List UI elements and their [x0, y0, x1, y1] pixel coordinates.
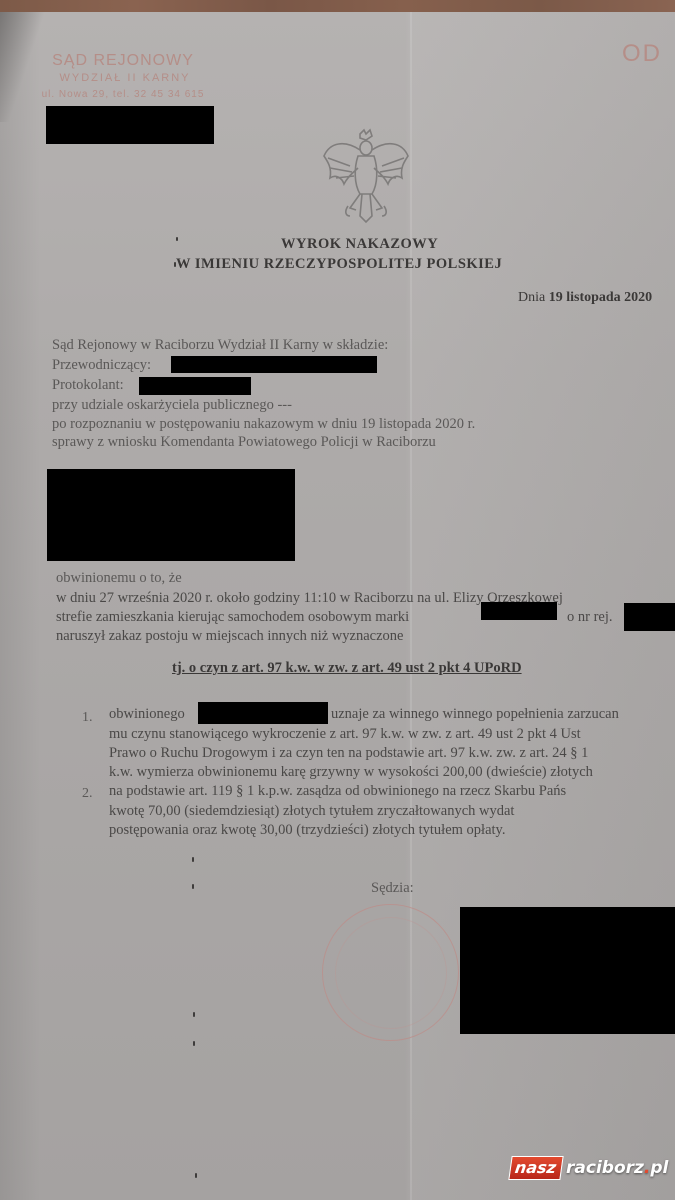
ruling-text: obwinionego [109, 706, 185, 723]
date-value: 19 listopada 2020 [549, 290, 652, 305]
court-composition: Sąd Rejonowy w Raciborzu Wydział II Karn… [52, 337, 388, 354]
punch-mark [192, 884, 194, 889]
ruling-text: na podstawie art. 119 § 1 k.p.w. zasądza… [109, 783, 566, 800]
redaction-car-make [481, 602, 557, 620]
watermark-site: raciborz.pl [566, 1158, 668, 1178]
proceeding-line: po rozpoznaniu w postępowaniu nakazowym … [52, 416, 475, 433]
punch-mark [193, 1012, 195, 1017]
judge-label: Sędzia: [371, 880, 414, 897]
polish-eagle-emblem-icon [320, 128, 410, 228]
punch-mark [192, 857, 194, 862]
document-title: WYROK NAKAZOWY [281, 236, 438, 253]
punch-mark [195, 1173, 197, 1178]
stamp-corner-mark: OD [622, 40, 662, 68]
redaction-accused-name [198, 702, 328, 724]
charge-intro: obwinionemu o to, że [56, 570, 182, 587]
redaction-accused-details [47, 469, 295, 561]
watermark-site-name: raciborz [566, 1158, 644, 1178]
site-watermark: nasz raciborz.pl [510, 1156, 668, 1180]
punch-mark [176, 237, 178, 241]
redaction-clerk [139, 377, 251, 395]
punch-mark [193, 1041, 195, 1046]
ruling-text: uznaje za winnego winnego popełnienia za… [331, 706, 619, 723]
stamp-address: ul. Nowa 29, tel. 32 45 34 615 [28, 89, 218, 100]
ruling-number: 1. [82, 710, 93, 726]
document-subtitle: W IMIENIU RZECZYPOSPOLITEJ POLSKIEJ [176, 256, 502, 273]
redaction-registration [624, 603, 675, 631]
redaction-presiding [171, 356, 377, 373]
court-seal-inner-ring [335, 917, 447, 1029]
presiding-label: Przewodniczący: [52, 357, 151, 374]
ruling-text: k.w. wymierza obwinionemu karę grzywny w… [109, 764, 593, 781]
charge-line: naruszył zakaz postoju w miejscach innyc… [56, 628, 403, 645]
court-seal [322, 904, 459, 1041]
stamp-division: WYDZIAŁ II KARNY [50, 72, 200, 84]
document-date: Dnia 19 listopada 2020 [518, 290, 652, 306]
legal-basis: tj. o czyn z art. 97 k.w. w zw. z art. 4… [172, 660, 522, 677]
prosecutor-line: przy udziale oskarżyciela publicznego --… [52, 397, 292, 414]
watermark-tld: pl [650, 1158, 668, 1178]
ruling-text: Prawo o Ruchu Drogowym i za czyn ten na … [109, 745, 588, 762]
ruling-text: mu czynu stanowiącego wykroczenie z art.… [109, 726, 581, 743]
charge-line: o nr rej. [567, 609, 613, 626]
charge-line: strefie zamieszkania kierując samochodem… [56, 609, 409, 626]
redaction-addressee [46, 106, 214, 144]
watermark-brand: nasz [508, 1156, 563, 1180]
date-prefix: Dnia [518, 290, 549, 305]
ruling-number: 2. [82, 786, 93, 802]
clerk-label: Protokolant: [52, 377, 124, 394]
ruling-text: postępowania oraz kwotę 30,00 (trzydzieś… [109, 822, 505, 839]
motion-line: sprawy z wniosku Komendanta Powiatowego … [52, 434, 436, 451]
ruling-text: kwotę 70,00 (siedemdziesiąt) złotych tyt… [109, 803, 514, 820]
redaction-judge-signature [460, 907, 675, 1034]
stamp-court-name: SĄD REJONOWY [38, 52, 208, 70]
